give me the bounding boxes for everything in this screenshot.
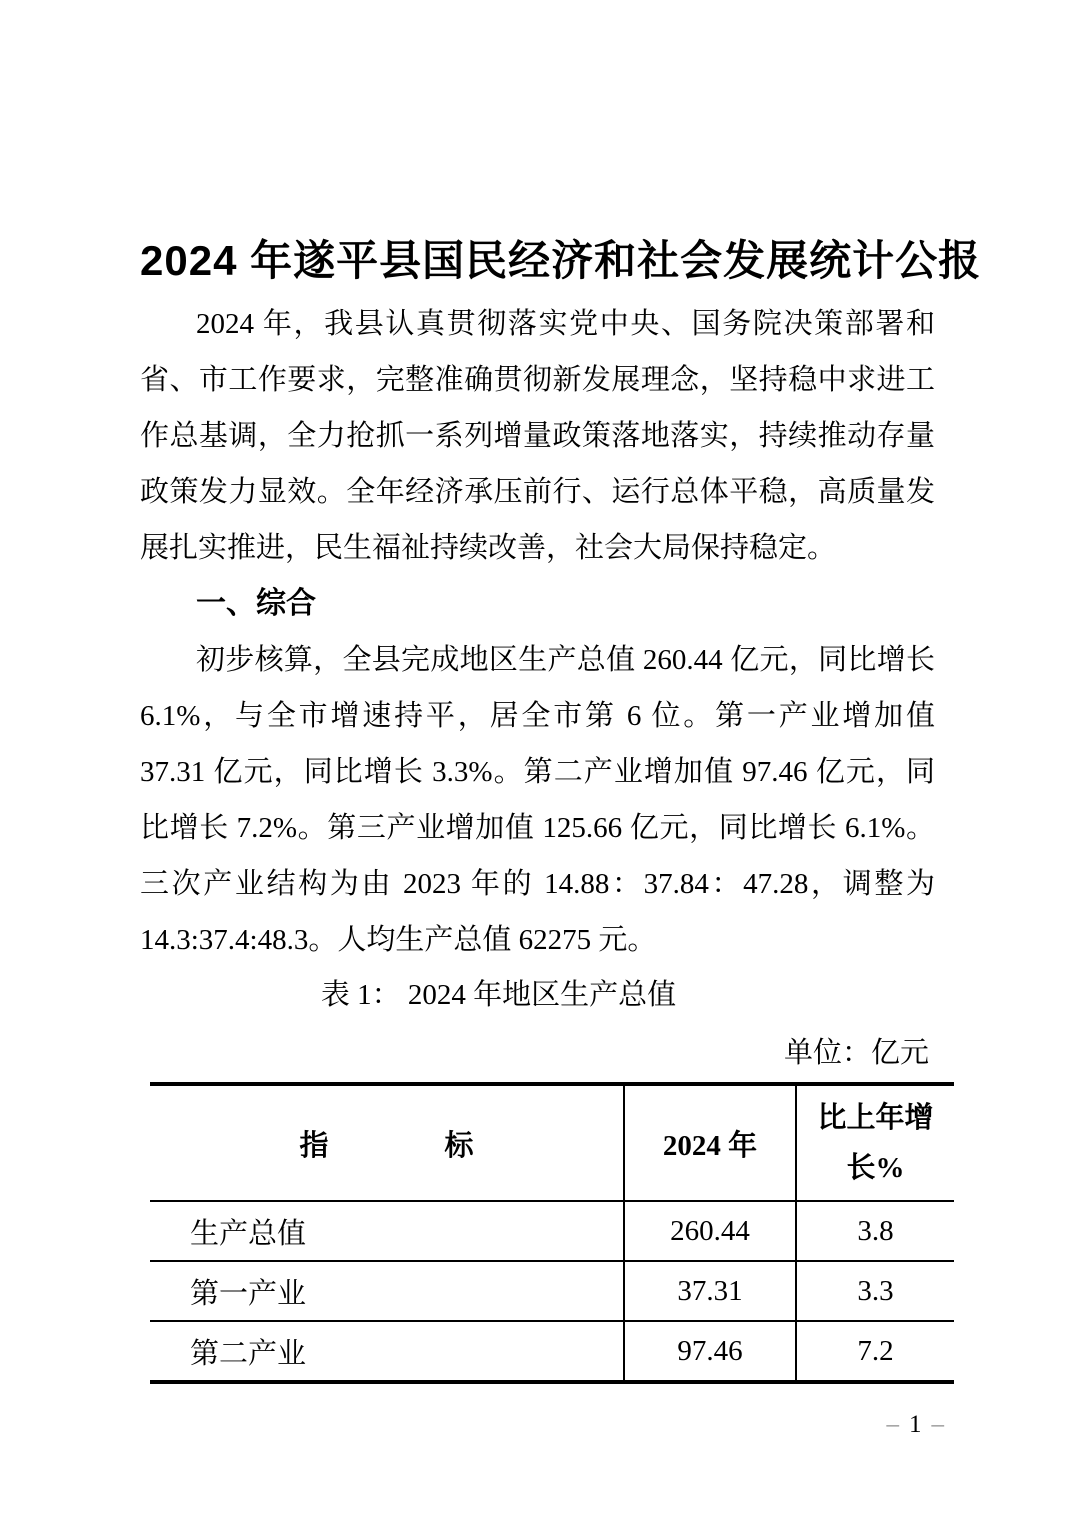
table-header-year: 2024 年 [624, 1084, 796, 1201]
table-cell-value: 37.31 [624, 1261, 796, 1321]
table-header-row: 指 标 2024 年 比上年增长% [150, 1084, 954, 1201]
page-number-value: 1 [909, 1411, 922, 1438]
table-cell-value: 97.46 [624, 1321, 796, 1382]
table1-caption: 表 1： 2024 年地区生产总值 [140, 976, 935, 1014]
table-cell-value: 260.44 [624, 1201, 796, 1261]
document-content: 2024 年遂平县国民经济和社会发展统计公报 2024 年，我县认真贯彻落实党中… [140, 0, 935, 1384]
table-row: 生产总值 260.44 3.8 [150, 1201, 954, 1261]
table-cell-indicator: 第一产业 [150, 1261, 624, 1321]
paragraph-gdp-overview: 初步核算，全县完成地区生产总值 260.44 亿元，同比增长 6.1%，与全市增… [140, 632, 935, 968]
table-header-growth: 比上年增长% [796, 1084, 954, 1201]
table1-unit-label: 单位：亿元 [140, 1036, 935, 1070]
table-cell-growth: 3.8 [796, 1201, 954, 1261]
section-heading-overview: 一、综合 [140, 576, 935, 632]
page-number-dash-right: – [932, 1411, 945, 1438]
document-title: 2024 年遂平县国民经济和社会发展统计公报 [140, 236, 935, 286]
table-cell-indicator: 生产总值 [150, 1201, 624, 1261]
table-header-indicator: 指 标 [150, 1084, 624, 1201]
document-page: 2024 年遂平县国民经济和社会发展统计公报 2024 年，我县认真贯彻落实党中… [0, 0, 1074, 1520]
paragraph-intro: 2024 年，我县认真贯彻落实党中央、国务院决策部署和省、市工作要求，完整准确贯… [140, 296, 935, 576]
table-cell-indicator: 第二产业 [150, 1321, 624, 1382]
gdp-table: 指 标 2024 年 比上年增长% 生产总值 260.44 3.8 第一产业 3… [150, 1082, 954, 1384]
table-cell-growth: 7.2 [796, 1321, 954, 1382]
page-number-dash-left: – [887, 1411, 900, 1438]
table-row: 第一产业 37.31 3.3 [150, 1261, 954, 1321]
page-number: –1– [887, 1410, 945, 1440]
table-row: 第二产业 97.46 7.2 [150, 1321, 954, 1382]
table-cell-growth: 3.3 [796, 1261, 954, 1321]
